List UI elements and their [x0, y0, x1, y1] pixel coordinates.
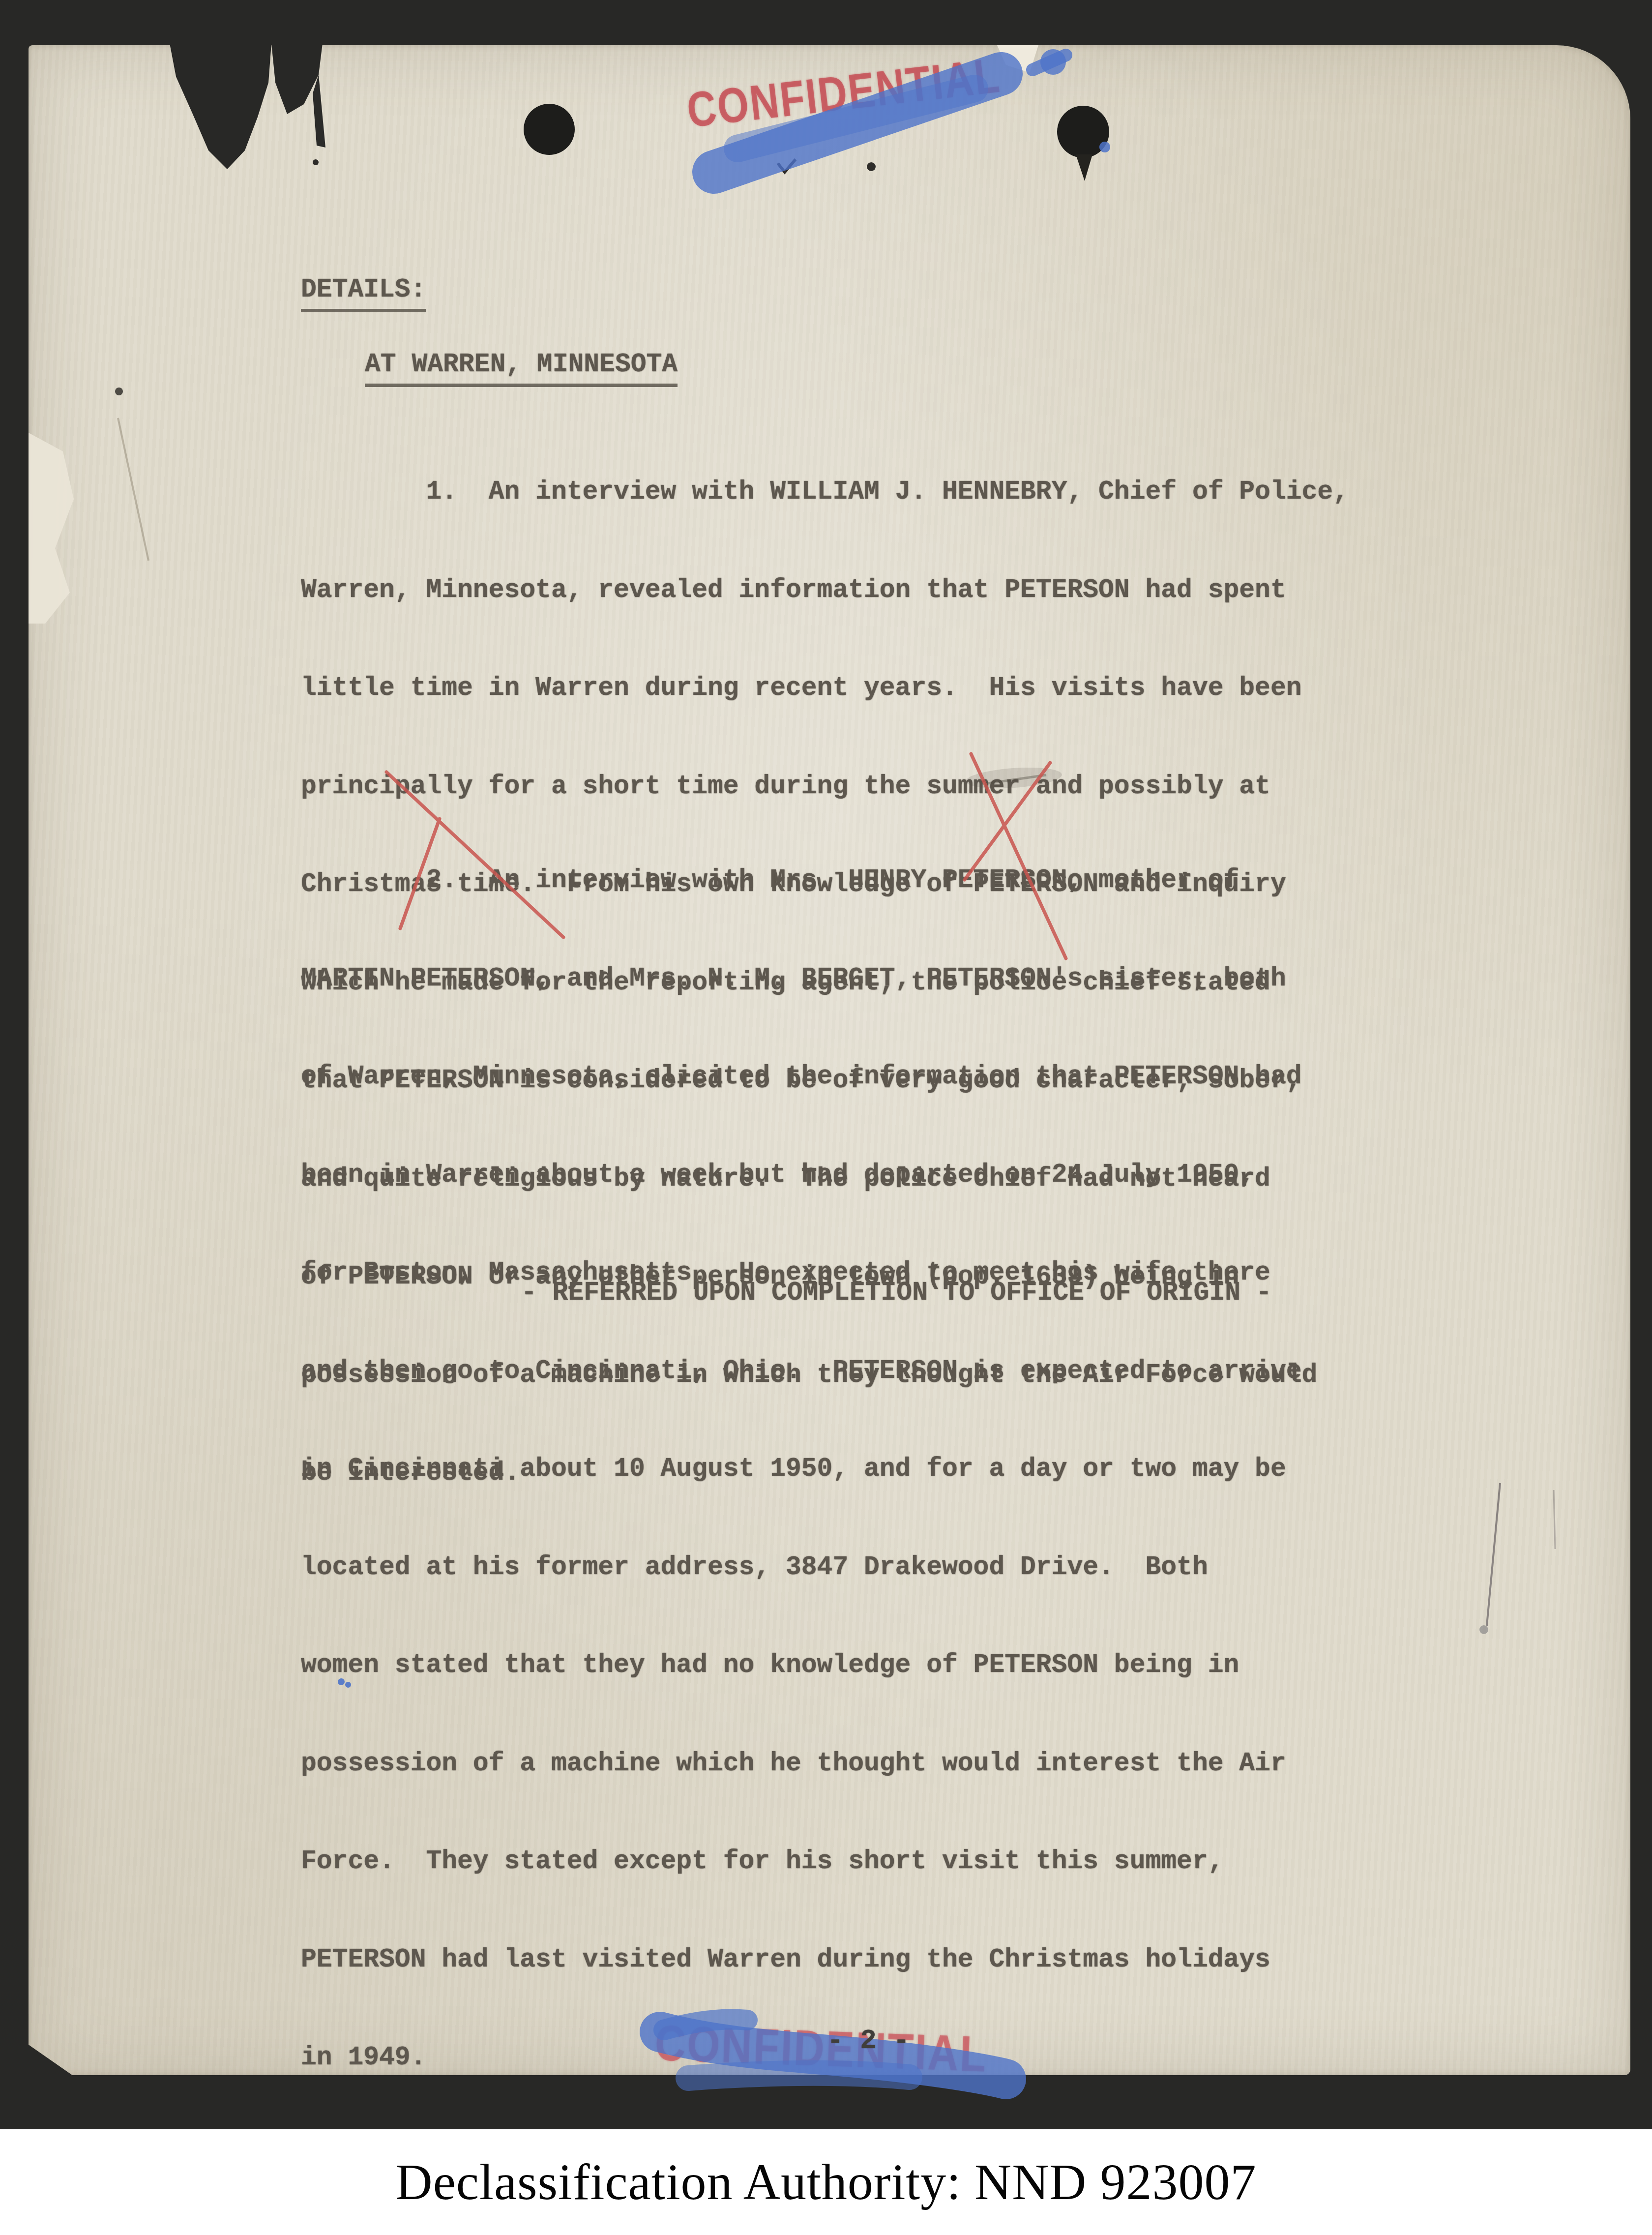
typed-line: located at his former address, 3847 Drak…	[301, 1551, 1302, 1584]
typed-line: principally for a short time during the …	[301, 770, 1349, 803]
typed-line: been in Warren about a week but had depa…	[301, 1159, 1302, 1192]
typed-line: and then go to Cincinnati, Ohio. PETERSO…	[301, 1355, 1302, 1388]
typed-line: MARTIN PETERSON, and Mrs. N. M. BERGET, …	[301, 962, 1302, 995]
details-heading: DETAILS:	[301, 273, 426, 312]
typed-line: Warren, Minnesota, revealed information …	[301, 574, 1349, 607]
typed-line: women stated that they had no knowledge …	[301, 1649, 1302, 1682]
declassification-footer: Declassification Authority: NND 923007	[0, 2129, 1652, 2235]
location-subheading: AT WARREN, MINNESOTA	[365, 348, 678, 387]
typed-line: in Cincinnati about 10 August 1950, and …	[301, 1453, 1302, 1486]
typed-line: little time in Warren during recent year…	[301, 672, 1349, 705]
confidential-stamp-bottom: CONFIDENTIAL	[654, 2014, 988, 2084]
typed-line: 2. An interview with Mrs. HENRY PETERSON…	[301, 864, 1302, 897]
typed-line: 1. An interview with WILLIAM J. HENNEBRY…	[301, 476, 1349, 508]
typed-line: PETERSON had last visited Warren during …	[301, 1943, 1302, 1976]
page-number: - 2 -	[827, 2025, 910, 2056]
paragraph-2: 2. An interview with Mrs. HENRY PETERSON…	[301, 799, 1302, 2107]
details-heading-text: DETAILS:	[301, 273, 426, 312]
typed-line: Force. They stated except for his short …	[301, 1845, 1302, 1878]
location-subheading-text: AT WARREN, MINNESOTA	[365, 348, 678, 387]
typed-line: of Warren, Minnesota, elicited the infor…	[301, 1060, 1302, 1093]
referred-line: - REFERRED UPON COMPLETION TO OFFICE OF …	[521, 1277, 1272, 1310]
typed-line: possession of a machine which he thought…	[301, 1747, 1302, 1780]
declassification-authority-text: Declassification Authority: NND 923007	[396, 2153, 1257, 2211]
